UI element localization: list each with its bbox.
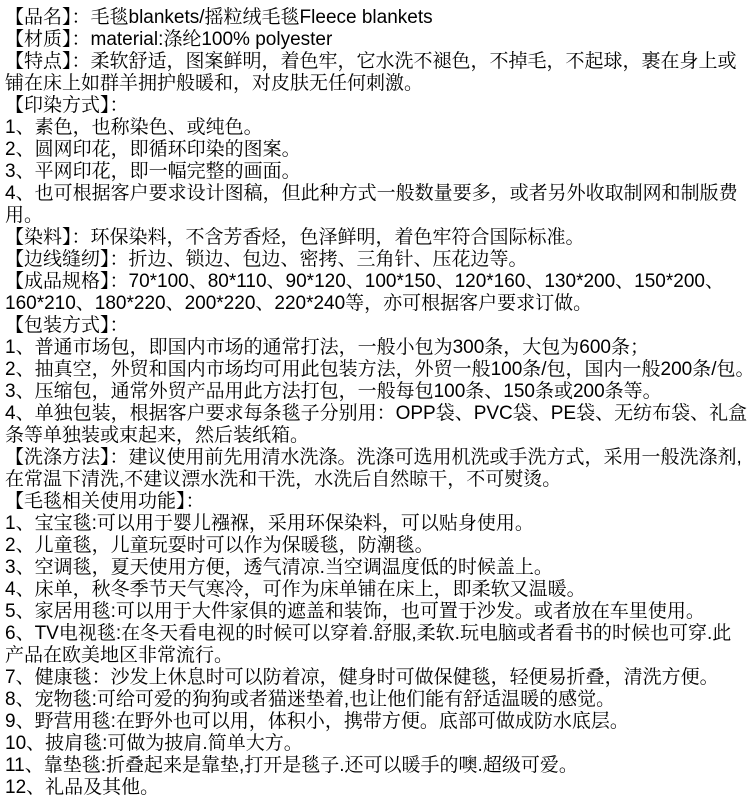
- line-packing-item-4b: 条等单独装或束起来，然后装纸箱。: [5, 425, 748, 447]
- line-function-health: 7、健康毯：沙发上休息时可以防着凉，健身时可做保健毯，轻便易折叠，清洗方便。: [5, 667, 748, 689]
- line-material: 【材质】：material:涤纶100% polyester: [5, 29, 748, 51]
- line-washing-2: 在常温下清洗,不建议漂水洗和干洗，水洗后自然晾干，不可熨烫。: [5, 469, 748, 491]
- line-function-gift: 12、礼品及其他。: [5, 777, 748, 799]
- line-sizes-1: 【成品规格】：70*100、80*110、90*120、100*150、120*…: [5, 271, 748, 293]
- line-function-child: 2、儿童毯，儿童玩耍时可以作为保暖毯，防潮毯。: [5, 535, 748, 557]
- line-function-pet: 8、宠物毯:可给可爱的狗狗或者猫迷垫着,也让他们能有舒适温暖的感觉。: [5, 689, 748, 711]
- line-printing-item-4b: 用。: [5, 205, 748, 227]
- line-packing-heading: 【包装方式】：: [5, 315, 748, 337]
- line-packing-item-3: 3、压缩包，通常外贸产品用此方法打包，一般每包100条、150条或200条等。: [5, 381, 748, 403]
- line-function-tv-1: 6、TV电视毯:在冬天看电视的时候可以穿着.舒服,柔软.玩电脑或者看书的时候也可…: [5, 623, 748, 645]
- line-function-shawl: 10、披肩毯:可做为披肩.简单大方。: [5, 733, 748, 755]
- line-printing-item-1: 1、素色，也称染色、或纯色。: [5, 117, 748, 139]
- line-printing-item-2: 2、圆网印花，即循环印染的图案。: [5, 139, 748, 161]
- line-printing-item-3: 3、平网印花，即一幅完整的画面。: [5, 161, 748, 183]
- line-sizes-2: 160*210、180*220、200*220、220*240等，亦可根据客户要…: [5, 293, 748, 315]
- line-function-tv-2: 产品在欧美地区非常流行。: [5, 645, 748, 667]
- line-features-2: 铺在床上如群羊拥护般暖和，对皮肤无任何刺激。: [5, 73, 748, 95]
- line-product-name: 【品名】：毛毯blankets/摇粒绒毛毯Fleece blankets: [5, 7, 748, 29]
- line-washing-1: 【洗涤方法】：建议使用前先用清水洗涤。洗涤可选用机洗或手洗方式，采用一般洗涤剂,: [5, 447, 748, 469]
- line-function-bedsheet: 4、床单，秋冬季节天气寒冷，可作为床单铺在床上，即柔软又温暖。: [5, 579, 748, 601]
- line-function-home: 5、家居用毯:可以用于大件家俱的遮盖和装饰，也可置于沙发。或者放在车里使用。: [5, 601, 748, 623]
- line-function-baby: 1、宝宝毯:可以用于婴儿襁褓，采用环保染料，可以贴身使用。: [5, 513, 748, 535]
- line-printing-heading: 【印染方式】：: [5, 95, 748, 117]
- product-description-document: 【品名】：毛毯blankets/摇粒绒毛毯Fleece blankets 【材质…: [0, 0, 750, 799]
- line-function-aircon: 3、空调毯，夏天使用方便，透气清凉.当空调温度低的时候盖上。: [5, 557, 748, 579]
- line-printing-item-4a: 4、也可根据客户要求设计图稿，但此种方式一般数量要多，或者另外收取制网和制版费: [5, 183, 748, 205]
- product-description-page: 【品名】：毛毯blankets/摇粒绒毛毯Fleece blankets 【材质…: [0, 0, 750, 800]
- line-edge-sewing: 【边线缝纫】：折边、锁边、包边、密拷、三角针、压花边等。: [5, 249, 748, 271]
- line-functions-heading: 【毛毯相关使用功能】：: [5, 491, 748, 513]
- line-features-1: 【特点】：柔软舒适，图案鲜明，着色牢，它水洗不褪色，不掉毛，不起球，裹在身上或: [5, 51, 748, 73]
- line-packing-item-1: 1、普通市场包，即国内市场的通常打法，一般小包为300条，大包为600条；: [5, 337, 748, 359]
- line-packing-item-4a: 4、单独包装，根据客户要求每条毯子分别用：OPP袋、PVC袋、PE袋、无纺布袋、…: [5, 403, 748, 425]
- line-dye: 【染料】：环保染料，不含芳香烃，色泽鲜明，着色牢符合国际标准。: [5, 227, 748, 249]
- line-function-cushion: 11、靠垫毯:折叠起来是靠垫,打开是毯子.还可以暖手的噢.超级可爱。: [5, 755, 748, 777]
- line-function-camping: 9、野营用毯:在野外也可以用，体积小，携带方便。底部可做成防水底层。: [5, 711, 748, 733]
- line-packing-item-2: 2、抽真空，外贸和国内市场均可用此包装方法，外贸一般100条/包，国内一般200…: [5, 359, 748, 381]
